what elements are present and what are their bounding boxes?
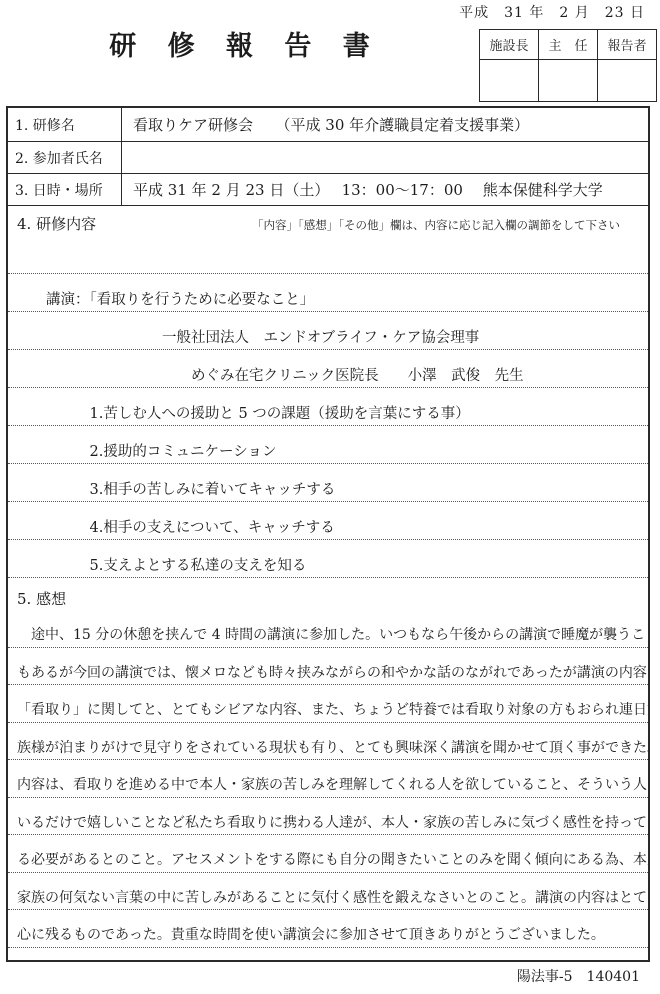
impression-line: る必要があるとのこと。アセスメントをする際にも自分の聞きたいことのみを聞く傾向に… bbox=[8, 835, 648, 873]
row-participants: 2. 参加者氏名 bbox=[8, 142, 648, 174]
content-line: 一般社団法人 エンドオブライフ・ケア協会理事 bbox=[8, 312, 648, 350]
row-training-name-label: 1. 研修名 bbox=[8, 108, 122, 141]
stamp-cell-facility-head bbox=[480, 60, 539, 102]
content-line: 2.援助的コミュニケーション bbox=[8, 426, 648, 464]
impression-line: 心に残るものであった。貴重な時間を使い講演会に参加させて頂きありがとうございまし… bbox=[8, 910, 648, 948]
stamp-col-reporter: 報告者 bbox=[598, 30, 657, 60]
impression-line: 「看取り」に関してと、とてもシビアな内容、また、ちょうど特養では看取り対象の方も… bbox=[8, 685, 648, 723]
content-line bbox=[8, 236, 648, 274]
impression-line: もあるが今回の講演では、懐メロなども時々挟みながらの和やかな話のながれであったが… bbox=[8, 648, 648, 686]
stamp-col-chief: 主 任 bbox=[539, 30, 598, 60]
bottom-padding bbox=[8, 948, 648, 960]
content-line: めぐみ在宅クリニック医院長 小澤 武俊 先生 bbox=[8, 350, 648, 388]
stamp-cell-reporter bbox=[598, 60, 657, 102]
impression-line: 家族の何気ない言葉の中に苦しみがあることに気付く感性を鍛えなさいとのこと。講演の… bbox=[8, 873, 648, 911]
row-training-name-value: 看取りケア研修会 （平成 30 年介護職員定着支援事業） bbox=[122, 114, 529, 135]
content-line: 5.支えよとする私達の支えを知る bbox=[8, 540, 648, 578]
row-participants-label: 2. 参加者氏名 bbox=[8, 142, 122, 173]
impression-line: いるだけで嬉しいことなど私たち看取りに携わる人達が、本人・家族の苦しみに気づく感… bbox=[8, 798, 648, 836]
section4-note: 「内容」「感想」「その他」欄は、内容に応じ記入欄の調節をして下さい bbox=[252, 206, 648, 233]
impression-line: 族様が泊まりがけで見守りをされている現状も有り、とても興味深く講演を聞かせて頂く… bbox=[8, 723, 648, 761]
impression-line: 内容は、看取りを進める中で本人・家族の苦しみを理解してくれる人を欲していること、… bbox=[8, 760, 648, 798]
form-code: 陽法事-5 140401 bbox=[517, 966, 640, 986]
stamp-header-row: 施設長 主 任 報告者 bbox=[480, 30, 657, 60]
report-date: 平成 31 年 2 月 23 日 bbox=[459, 2, 645, 22]
stamp-col-facility-head: 施設長 bbox=[480, 30, 539, 60]
section4-heading: 4. 研修内容 bbox=[8, 206, 96, 234]
row-training-name: 1. 研修名 看取りケア研修会 （平成 30 年介護職員定着支援事業） bbox=[8, 108, 648, 142]
content-line: 1.苦しむ人への援助と 5 つの課題（援助を言葉にする事） bbox=[8, 388, 648, 426]
impression-line: 途中、15 分の休憩を挟んで 4 時間の講演に参加した。いつもなら午後からの講演… bbox=[8, 610, 648, 648]
stamp-cell-chief bbox=[539, 60, 598, 102]
approval-stamp-table: 施設長 主 任 報告者 bbox=[479, 29, 657, 102]
content-line: 3.相手の苦しみに着いてキャッチする bbox=[8, 464, 648, 502]
content-line: 講演：「看取りを行うために必要なこと」 bbox=[8, 274, 648, 312]
section5-heading: 5. 感想 bbox=[8, 578, 648, 610]
section4-header: 4. 研修内容 「内容」「感想」「その他」欄は、内容に応じ記入欄の調節をして下さ… bbox=[8, 206, 648, 236]
content-line: 4.相手の支えについて、キャッチする bbox=[8, 502, 648, 540]
page-title: 研 修 報 告 書 bbox=[0, 24, 490, 63]
row-datetime-place-value: 平成 31 年 2 月 23 日（土） 13：00～17：00 熊本保健科学大学 bbox=[122, 179, 603, 200]
stamp-cells-row bbox=[480, 60, 657, 102]
row-datetime-place-label: 3. 日時・場所 bbox=[8, 174, 122, 205]
row-datetime-place: 3. 日時・場所 平成 31 年 2 月 23 日（土） 13：00～17：00… bbox=[8, 174, 648, 206]
report-body: 1. 研修名 看取りケア研修会 （平成 30 年介護職員定着支援事業） 2. 参… bbox=[6, 106, 650, 962]
